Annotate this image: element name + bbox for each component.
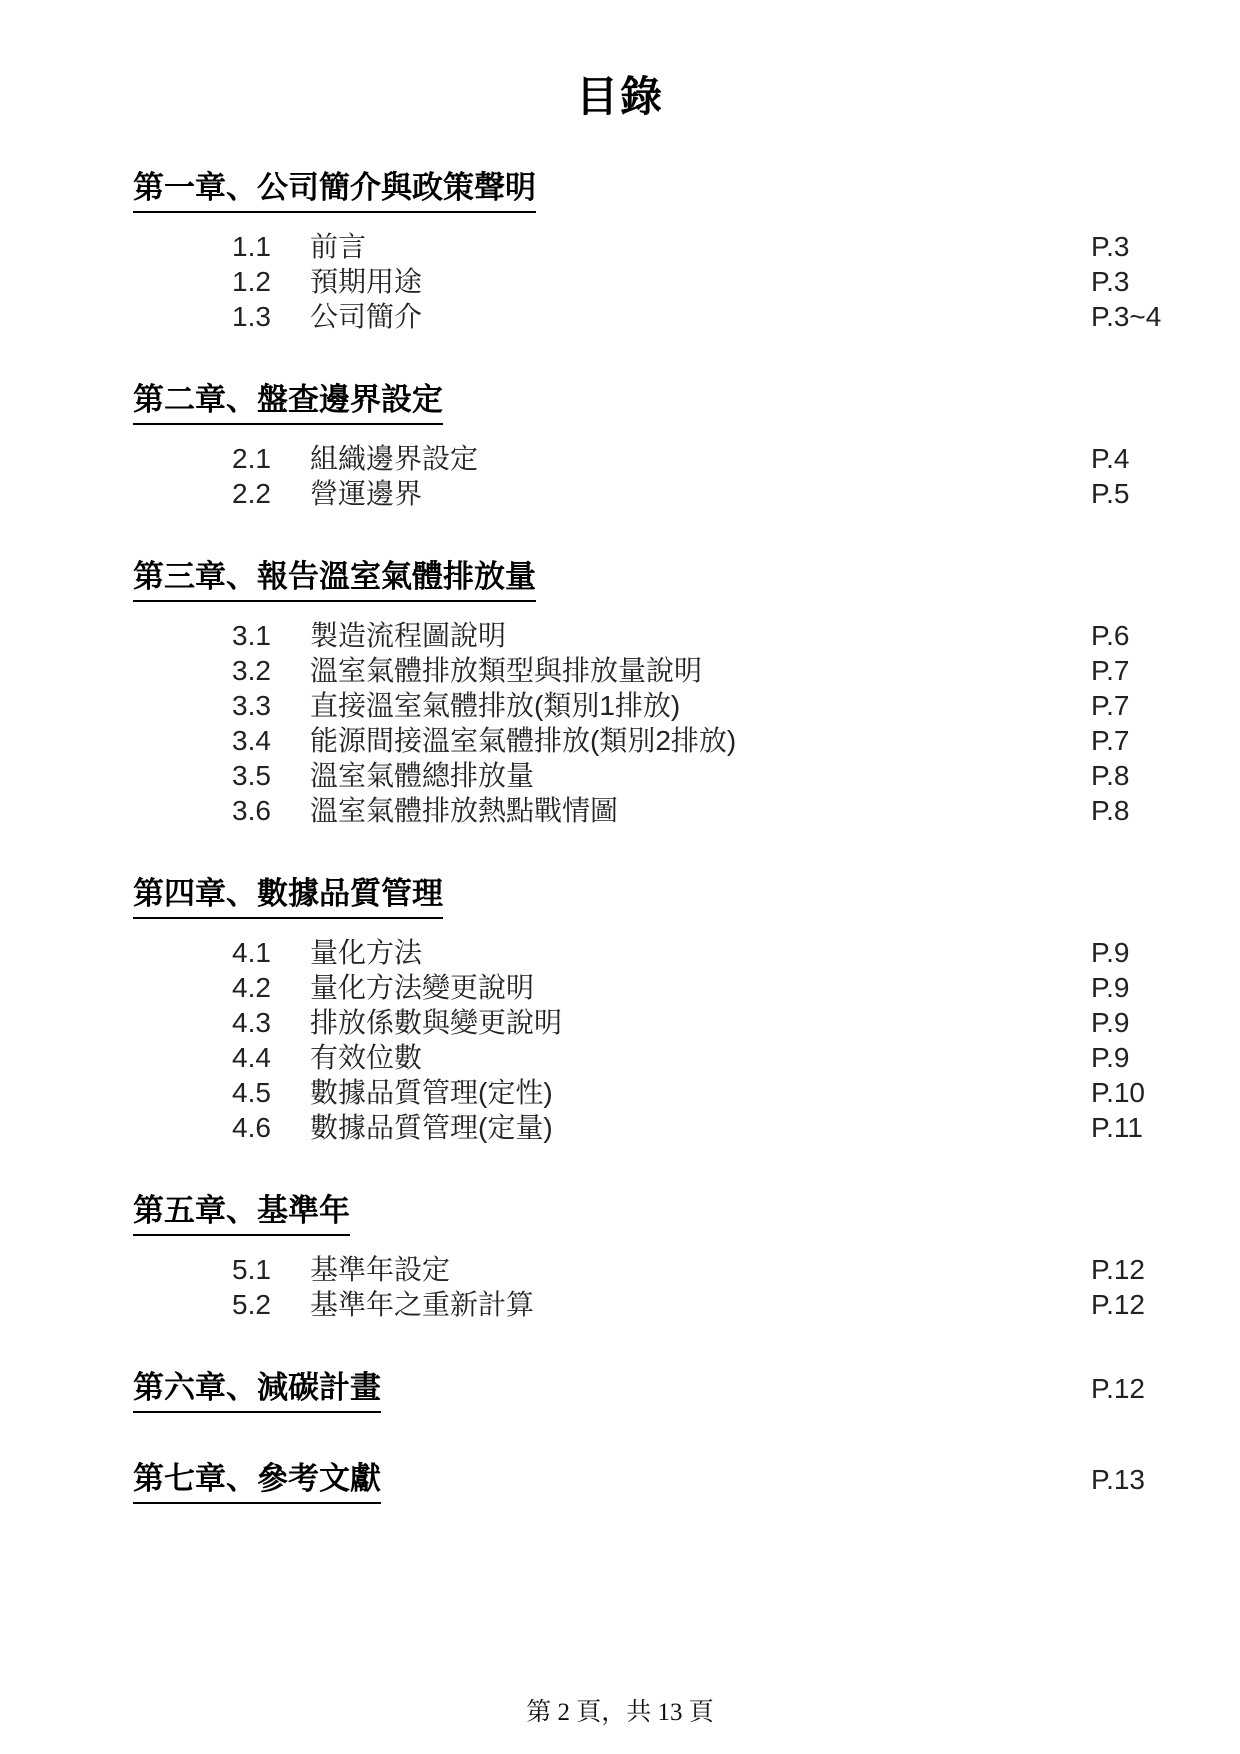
toc-entry-number: 1.1 xyxy=(232,229,310,264)
chapter-section-7: 第七章、參考文獻 P.13 xyxy=(133,1459,1213,1504)
toc-entry-page: P.10 xyxy=(1091,1075,1213,1110)
toc-entry-page: P.7 xyxy=(1091,653,1213,688)
document-page: 目錄 第一章、公司簡介與政策聲明 1.1 前言 P.3 1.2 預期用途 P.3 xyxy=(0,0,1240,1754)
toc-entry: 1.1 前言 P.3 xyxy=(133,229,1213,264)
toc-entry-page: P.4 xyxy=(1091,441,1213,476)
chapter-items: 2.1 組織邊界設定 P.4 2.2 營運邊界 P.5 xyxy=(133,441,1213,511)
toc-entry-number: 2.2 xyxy=(232,476,310,511)
toc-entry: 4.6 數據品質管理(定量) P.11 xyxy=(133,1110,1213,1145)
toc-entry-label: 有效位數 xyxy=(310,1040,1091,1075)
chapter-items: 3.1 製造流程圖說明 P.6 3.2 溫室氣體排放類型與排放量說明 P.7 3… xyxy=(133,618,1213,828)
toc-entry-number: 1.2 xyxy=(232,264,310,299)
toc-entry: 1.2 預期用途 P.3 xyxy=(133,264,1213,299)
toc-entry: 3.5 溫室氣體總排放量 P.8 xyxy=(133,758,1213,793)
toc-entry-number: 3.3 xyxy=(232,688,310,723)
toc-entry-number: 1.3 xyxy=(232,299,310,334)
toc-entry-label: 溫室氣體排放熱點戰情圖 xyxy=(310,793,1091,828)
chapter-heading-row: 第六章、減碳計畫 P.12 xyxy=(133,1368,1213,1413)
chapter-heading-row: 第一章、公司簡介與政策聲明 xyxy=(133,168,1213,213)
toc-entry-number: 3.1 xyxy=(232,618,310,653)
toc-entry-number: 3.4 xyxy=(232,723,310,758)
toc-entry-label: 組織邊界設定 xyxy=(310,441,1091,476)
toc-entry-page: P.9 xyxy=(1091,935,1213,970)
chapter-section-1: 第一章、公司簡介與政策聲明 1.1 前言 P.3 1.2 預期用途 P.3 1.… xyxy=(133,168,1213,334)
chapter-heading: 第三章、報告溫室氣體排放量 xyxy=(133,557,536,602)
chapter-heading: 第七章、參考文獻 xyxy=(133,1459,381,1504)
toc-entry-page: P.7 xyxy=(1091,688,1213,723)
toc-entry-label: 製造流程圖說明 xyxy=(310,618,1091,653)
toc-entry-number: 3.5 xyxy=(232,758,310,793)
toc-entry: 2.2 營運邊界 P.5 xyxy=(133,476,1213,511)
toc-entry-label: 基準年之重新計算 xyxy=(310,1287,1091,1322)
toc-entry-page: P.7 xyxy=(1091,723,1213,758)
chapter-heading-row: 第二章、盤查邊界設定 xyxy=(133,380,1213,425)
toc-entry-label: 量化方法 xyxy=(310,935,1091,970)
chapter-section-4: 第四章、數據品質管理 4.1 量化方法 P.9 4.2 量化方法變更說明 P.9… xyxy=(133,874,1213,1145)
toc-entry-label: 數據品質管理(定性) xyxy=(310,1075,1091,1110)
toc-entry-label: 直接溫室氣體排放(類別1排放) xyxy=(310,688,1091,723)
chapter-heading: 第五章、基準年 xyxy=(133,1191,350,1236)
chapter-page-number: P.12 xyxy=(1091,1369,1213,1409)
toc-entry: 5.2 基準年之重新計算 P.12 xyxy=(133,1287,1213,1322)
chapter-heading: 第一章、公司簡介與政策聲明 xyxy=(133,168,536,213)
toc-entry-page: P.9 xyxy=(1091,1040,1213,1075)
chapter-items: 1.1 前言 P.3 1.2 預期用途 P.3 1.3 公司簡介 P.3~4 xyxy=(133,229,1213,334)
toc-entry: 4.1 量化方法 P.9 xyxy=(133,935,1213,970)
toc-entry-page: P.3~4 xyxy=(1091,299,1213,334)
page-title: 目錄 xyxy=(0,72,1240,122)
chapter-section-6: 第六章、減碳計畫 P.12 xyxy=(133,1368,1213,1413)
toc-entry-page: P.6 xyxy=(1091,618,1213,653)
toc-entry-number: 4.2 xyxy=(232,970,310,1005)
toc-entry: 2.1 組織邊界設定 P.4 xyxy=(133,441,1213,476)
chapter-items: 4.1 量化方法 P.9 4.2 量化方法變更說明 P.9 4.3 排放係數與變… xyxy=(133,935,1213,1145)
toc-entry-number: 4.4 xyxy=(232,1040,310,1075)
chapter-section-2: 第二章、盤查邊界設定 2.1 組織邊界設定 P.4 2.2 營運邊界 P.5 xyxy=(133,380,1213,511)
toc-entry-page: P.3 xyxy=(1091,229,1213,264)
toc-entry-number: 4.1 xyxy=(232,935,310,970)
toc-entry-page: P.3 xyxy=(1091,264,1213,299)
toc-entry-number: 3.6 xyxy=(232,793,310,828)
toc-entry-number: 4.3 xyxy=(232,1005,310,1040)
toc-entry: 5.1 基準年設定 P.12 xyxy=(133,1252,1213,1287)
toc-entry-number: 5.1 xyxy=(232,1252,310,1287)
toc-entry-label: 量化方法變更說明 xyxy=(310,970,1091,1005)
toc-entry: 3.4 能源間接溫室氣體排放(類別2排放) P.7 xyxy=(133,723,1213,758)
toc-entry: 3.1 製造流程圖說明 P.6 xyxy=(133,618,1213,653)
chapter-heading-row: 第三章、報告溫室氣體排放量 xyxy=(133,557,1213,602)
toc-entry-page: P.8 xyxy=(1091,758,1213,793)
toc-entry: 4.4 有效位數 P.9 xyxy=(133,1040,1213,1075)
toc-entry-label: 溫室氣體排放類型與排放量說明 xyxy=(310,653,1091,688)
chapter-heading-row: 第四章、數據品質管理 xyxy=(133,874,1213,919)
chapter-section-3: 第三章、報告溫室氣體排放量 3.1 製造流程圖說明 P.6 3.2 溫室氣體排放… xyxy=(133,557,1213,828)
chapter-section-5: 第五章、基準年 5.1 基準年設定 P.12 5.2 基準年之重新計算 P.12 xyxy=(133,1191,1213,1322)
toc-entry: 3.2 溫室氣體排放類型與排放量說明 P.7 xyxy=(133,653,1213,688)
toc-entry-label: 公司簡介 xyxy=(310,299,1091,334)
chapter-heading-row: 第七章、參考文獻 P.13 xyxy=(133,1459,1213,1504)
toc-entry-label: 預期用途 xyxy=(310,264,1091,299)
toc-entry-label: 能源間接溫室氣體排放(類別2排放) xyxy=(310,723,1091,758)
chapter-heading: 第二章、盤查邊界設定 xyxy=(133,380,443,425)
toc-entry-label: 基準年設定 xyxy=(310,1252,1091,1287)
toc-entry-number: 4.5 xyxy=(232,1075,310,1110)
chapter-heading: 第六章、減碳計畫 xyxy=(133,1368,381,1413)
chapter-heading-row: 第五章、基準年 xyxy=(133,1191,1213,1236)
page-footer: 第 2 頁，共 13 頁 xyxy=(0,1692,1240,1728)
chapter-items: 5.1 基準年設定 P.12 5.2 基準年之重新計算 P.12 xyxy=(133,1252,1213,1322)
toc-entry: 4.5 數據品質管理(定性) P.10 xyxy=(133,1075,1213,1110)
toc-entry-page: P.8 xyxy=(1091,793,1213,828)
toc-entry-label: 前言 xyxy=(310,229,1091,264)
toc-entry-page: P.9 xyxy=(1091,1005,1213,1040)
toc-entry-number: 2.1 xyxy=(232,441,310,476)
toc-entry: 4.3 排放係數與變更說明 P.9 xyxy=(133,1005,1213,1040)
toc-entry-number: 5.2 xyxy=(232,1287,310,1322)
toc-entry-page: P.11 xyxy=(1091,1110,1213,1145)
toc-entry-label: 排放係數與變更說明 xyxy=(310,1005,1091,1040)
toc-entry-number: 4.6 xyxy=(232,1110,310,1145)
toc-entry-page: P.12 xyxy=(1091,1252,1213,1287)
toc-entry: 3.3 直接溫室氣體排放(類別1排放) P.7 xyxy=(133,688,1213,723)
toc-entry-label: 溫室氣體總排放量 xyxy=(310,758,1091,793)
chapter-heading: 第四章、數據品質管理 xyxy=(133,874,443,919)
chapter-page-number: P.13 xyxy=(1091,1460,1213,1500)
toc-entry: 4.2 量化方法變更說明 P.9 xyxy=(133,970,1213,1005)
toc-entry: 3.6 溫室氣體排放熱點戰情圖 P.8 xyxy=(133,793,1213,828)
toc-entry-label: 營運邊界 xyxy=(310,476,1091,511)
toc-entry-page: P.9 xyxy=(1091,970,1213,1005)
toc-entry: 1.3 公司簡介 P.3~4 xyxy=(133,299,1213,334)
table-of-contents: 第一章、公司簡介與政策聲明 1.1 前言 P.3 1.2 預期用途 P.3 1.… xyxy=(133,168,1213,1504)
toc-entry-label: 數據品質管理(定量) xyxy=(310,1110,1091,1145)
toc-entry-page: P.12 xyxy=(1091,1287,1213,1322)
toc-entry-page: P.5 xyxy=(1091,476,1213,511)
toc-entry-number: 3.2 xyxy=(232,653,310,688)
